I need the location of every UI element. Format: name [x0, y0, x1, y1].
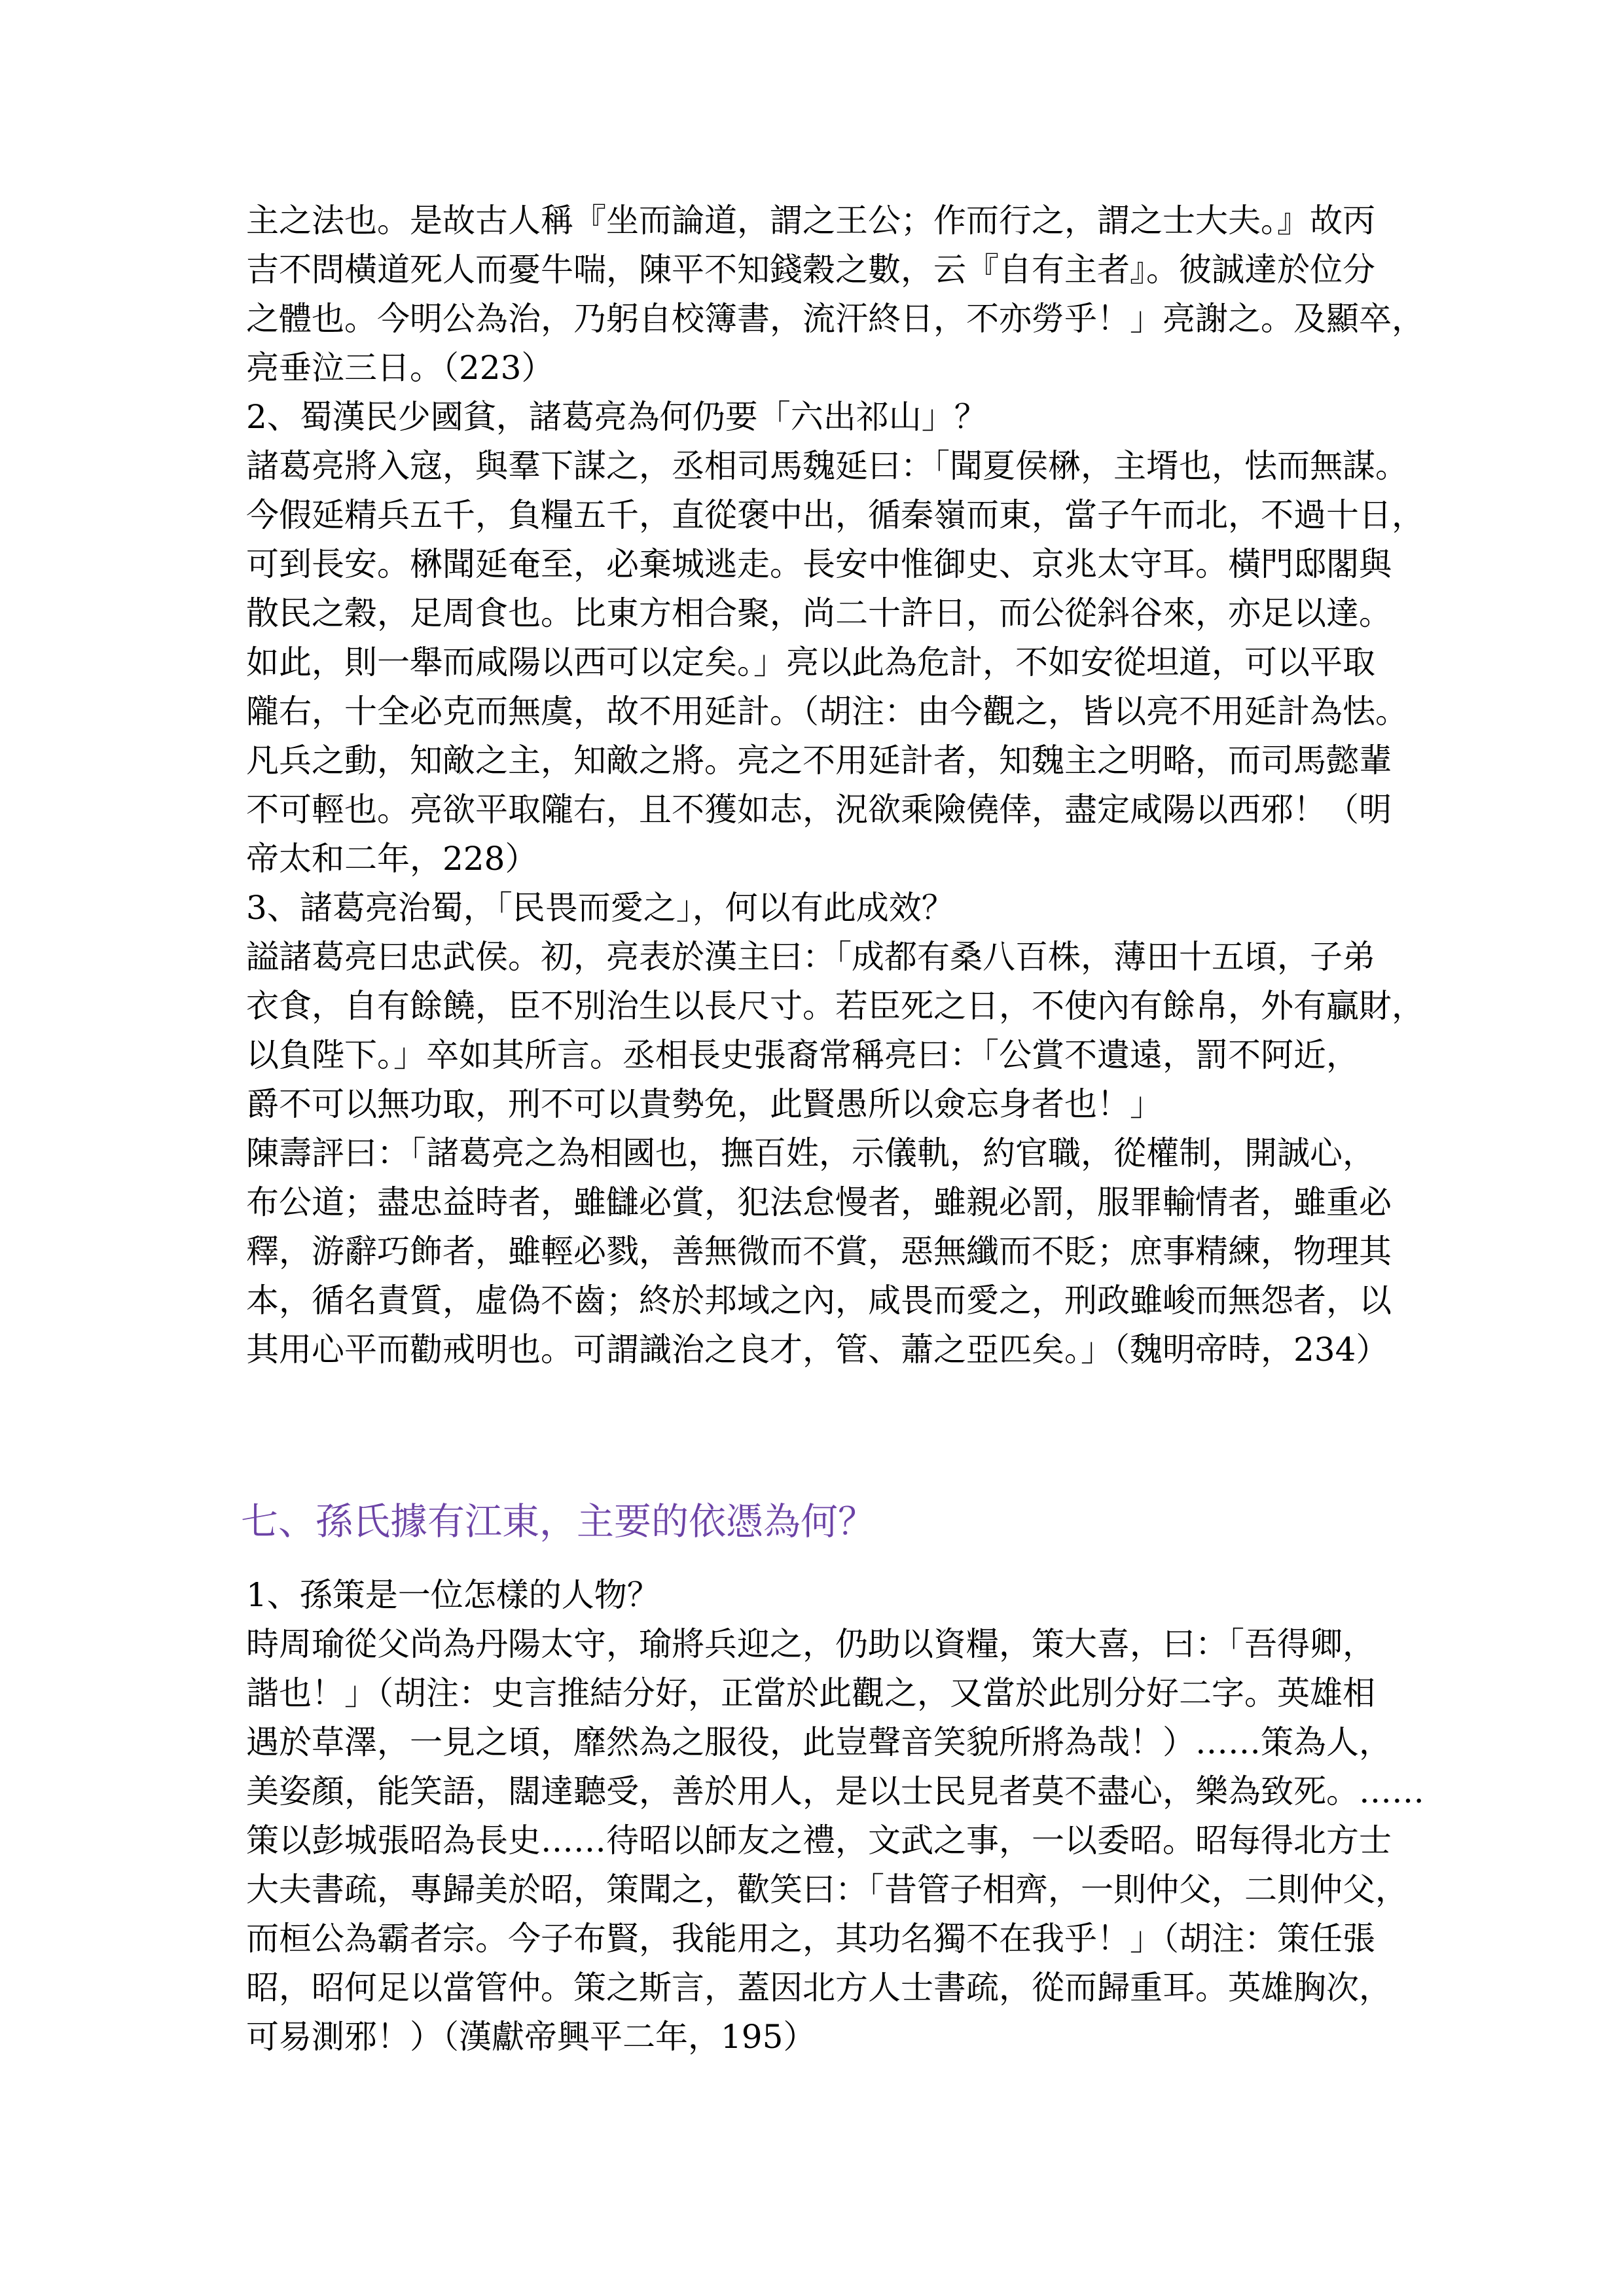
paragraph-zhuge-proofreading: 主之法也。是故古人稱『坐而論道，謂之王公；作而行之，謂之士大夫。』故丙 吉不問橫… — [246, 196, 1408, 393]
paragraph-sunce-zhouyu-zhangzhao: 時周瑜從父尚為丹陽太守，瑜將兵迎之，仍助以資糧，策大喜，曰：「吾得卿， 諧也！」… — [246, 1620, 1408, 2062]
question-2-six-campaigns: 2、蜀漢民少國貧，諸葛亮為何仍要「六出祁山」？ — [246, 393, 1408, 442]
document-body-upper: 主之法也。是故古人稱『坐而論道，謂之王公；作而行之，謂之士大夫。』故丙 吉不問橫… — [246, 196, 1408, 1374]
document-page: 主之法也。是故古人稱『坐而論道，謂之王公；作而行之，謂之士大夫。』故丙 吉不問橫… — [0, 0, 1624, 2296]
question-1-sunce-character: 1、孫策是一位怎樣的人物？ — [246, 1571, 1408, 1620]
paragraph-zhuge-memorial: 謚諸葛亮曰忠武侯。初，亮表於漢主曰：「成都有桑八百株，薄田十五頃，子弟 衣食，自… — [246, 933, 1408, 1129]
document-body-lower: 1、孫策是一位怎樣的人物？ 時周瑜從父尚為丹陽太守，瑜將兵迎之，仍助以資糧，策大… — [246, 1571, 1408, 2062]
question-3-governing-shu: 3、諸葛亮治蜀，「民畏而愛之」，何以有此成效？ — [246, 884, 1408, 933]
section-heading-seven: 七、孫氏據有江東，主要的依憑為何？ — [241, 1496, 875, 1548]
paragraph-chenshou-appraisal: 陳壽評曰：「諸葛亮之為相國也，撫百姓，示儀軌，約官職，從權制，開誠心， 布公道；… — [246, 1129, 1408, 1374]
paragraph-weiyan-plan: 諸葛亮將入寇，與羣下謀之，丞相司馬魏延曰：「聞夏侯楙，主壻也，怯而無謀。 今假延… — [246, 442, 1408, 884]
